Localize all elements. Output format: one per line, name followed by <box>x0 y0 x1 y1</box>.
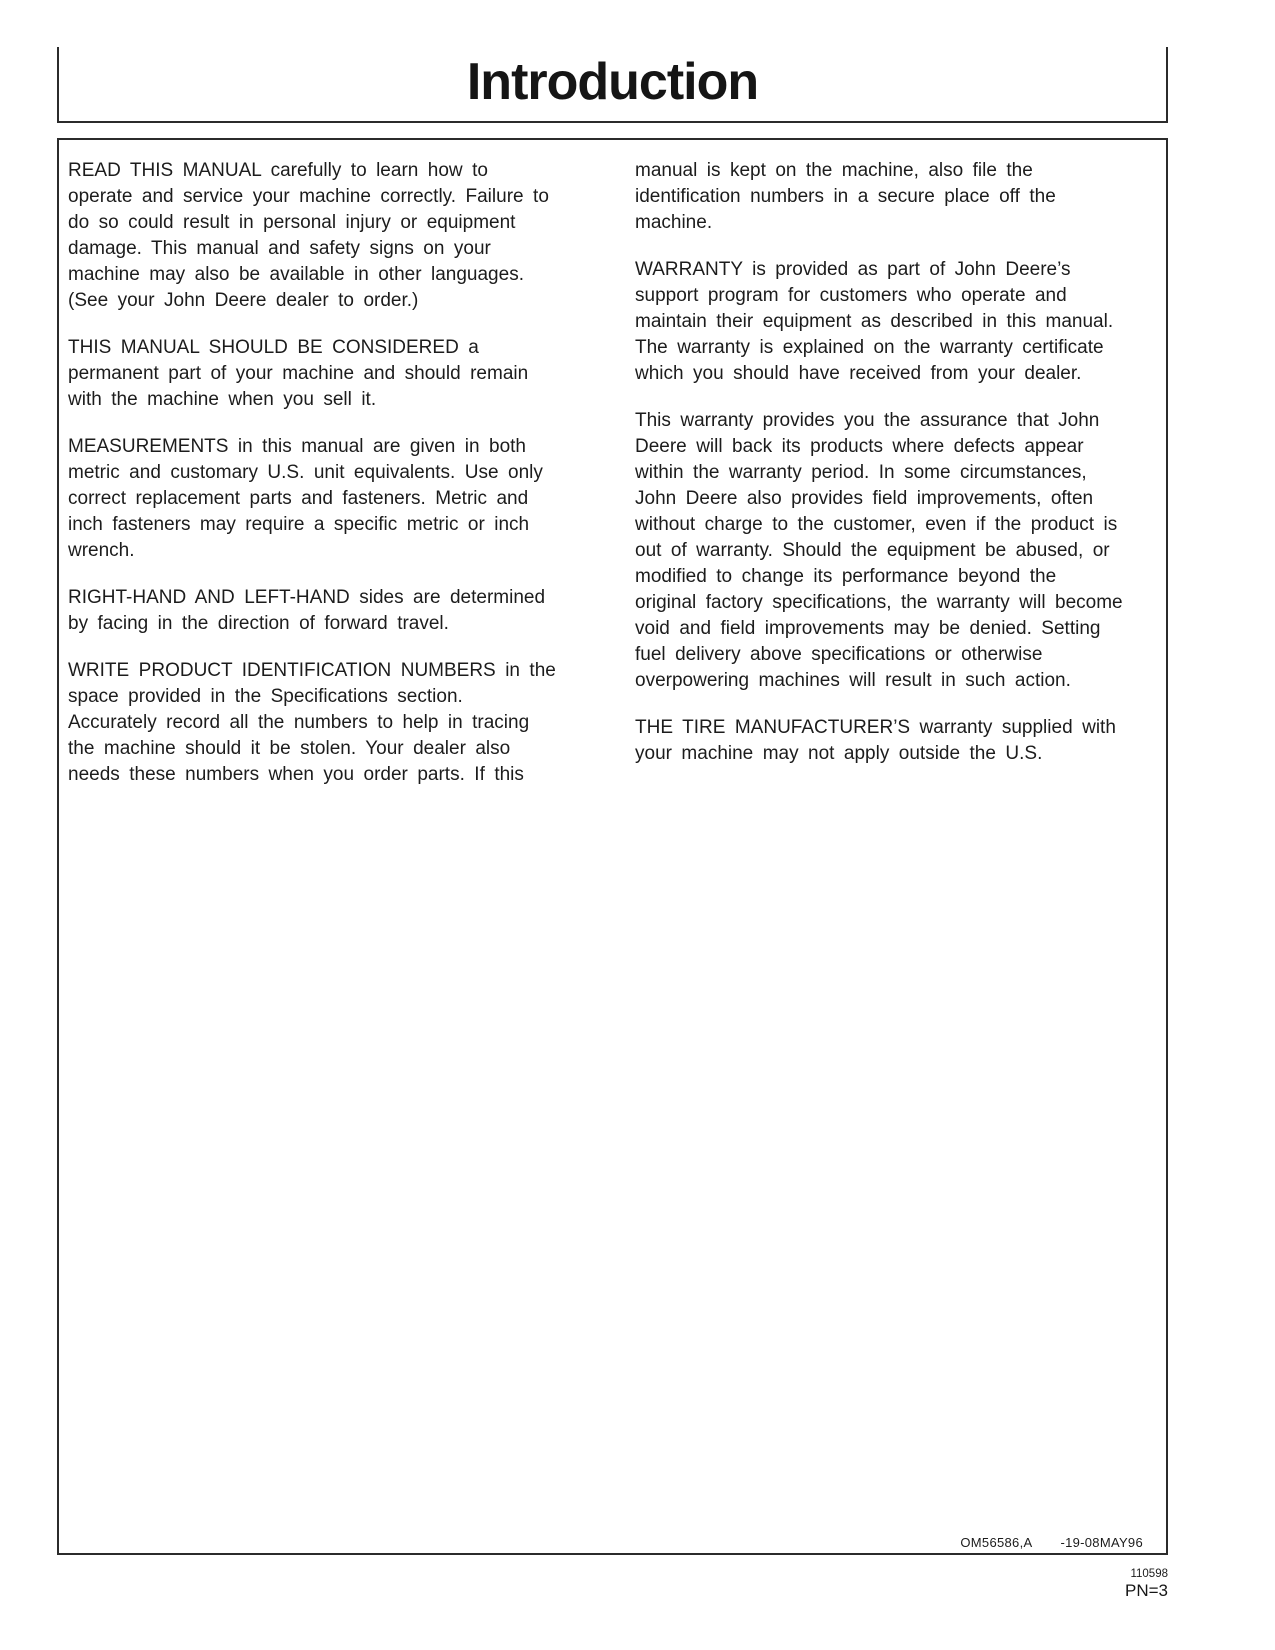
paragraph-tire-manufacturer-warranty: THE TIRE MANUFACTURER’S warranty supplie… <box>635 715 1125 767</box>
page-title: Introduction <box>467 52 758 116</box>
content-box: READ THIS MANUAL carefully to learn how … <box>57 138 1168 1555</box>
stamp-revision-date: -19-08MAY96 <box>1060 1535 1143 1550</box>
paragraph-manual-permanent-part: THIS MANUAL SHOULD BE CONSIDERED a perma… <box>68 335 558 413</box>
page-footer: 110598 PN=3 <box>57 1567 1168 1601</box>
manual-page: Introduction READ THIS MANUAL carefully … <box>0 0 1275 1650</box>
paragraph-read-this-manual: READ THIS MANUAL carefully to learn how … <box>68 158 558 314</box>
paragraph-write-product-id-numbers: WRITE PRODUCT IDENTIFICATION NUMBERS in … <box>68 658 558 788</box>
revision-stamp: OM56586,A-19-08MAY96 <box>960 1535 1143 1550</box>
paragraph-measurements: MEASUREMENTS in this manual are given in… <box>68 434 558 564</box>
print-code: 110598 <box>57 1567 1168 1581</box>
paragraph-right-hand-left-hand: RIGHT-HAND AND LEFT-HAND sides are deter… <box>68 585 558 637</box>
paragraph-warranty-assurance: This warranty provides you the assurance… <box>635 408 1125 694</box>
text-columns: READ THIS MANUAL carefully to learn how … <box>68 158 1125 809</box>
paragraph-id-numbers-continued: manual is kept on the machine, also file… <box>635 158 1125 236</box>
left-column: READ THIS MANUAL carefully to learn how … <box>68 158 558 809</box>
page-number: PN=3 <box>57 1581 1168 1601</box>
paragraph-warranty: WARRANTY is provided as part of John Dee… <box>635 257 1125 387</box>
right-column: manual is kept on the machine, also file… <box>635 158 1125 809</box>
stamp-document-code: OM56586,A <box>960 1535 1032 1550</box>
section-title-box: Introduction <box>57 47 1168 123</box>
